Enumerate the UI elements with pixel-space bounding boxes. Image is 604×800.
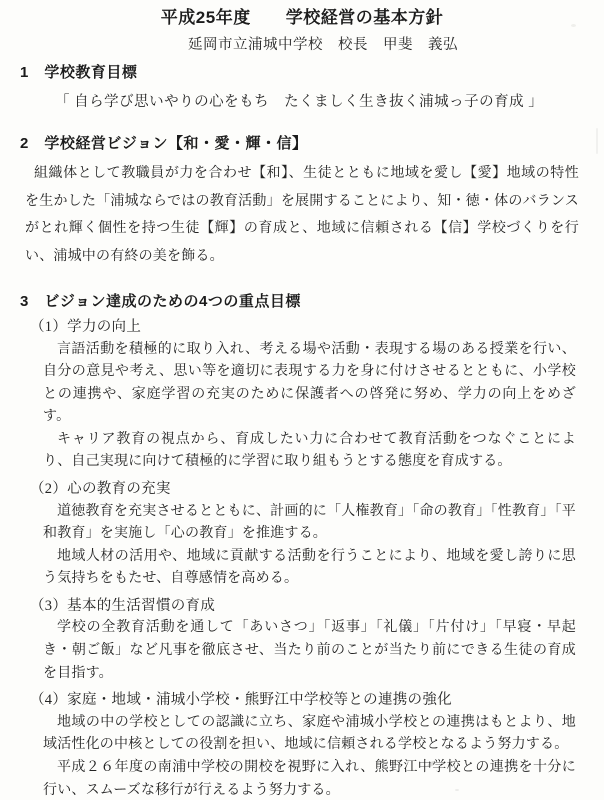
subsection-1-paragraph: キャリア教育の視点から、育成したい力に合わせて教育活動をつなぐことにより、自己実…	[43, 429, 576, 474]
subsection-1-label: （1）学力の向上	[30, 316, 604, 339]
subsection-life-habits: （3）基本的生活習慣の育成 学校の全教育活動を通して「あいさつ」「返事」「礼儀」…	[0, 595, 604, 685]
subsection-1-paragraph: 言語活動を積極的に取り入れ、考える場や活動・表現する場のある授業を行い、自分の意…	[43, 339, 576, 429]
subsection-2-label: （2）心の教育の充実	[30, 478, 604, 501]
subsection-community-cooperation: （4）家庭・地域・浦城小学校・熊野江中学校等との連携の強化 地域の中の学校として…	[0, 689, 604, 800]
document-title: 平成25年度 学校経営の基本方針	[0, 0, 604, 29]
section-school-education-goal: 1 学校教育目標 「 自ら学び思いやりの心をもち たくましく生き抜く浦城っ子の育…	[0, 63, 604, 112]
subsection-academic-improvement: （1）学力の向上 言語活動を積極的に取り入れ、考える場や活動・表現する場のある授…	[0, 316, 604, 474]
subsection-4-label: （4）家庭・地域・浦城小学校・熊野江中学校等との連携の強化	[30, 689, 604, 712]
subsection-2-paragraph: 道徳教育を充実させるとともに、計画的に「人権教育」「命の教育」「性教育」「平和教…	[43, 501, 576, 546]
subsection-2-paragraph: 地域人材の活用や、地域に貢献する活動を行うことにより、地域を愛し誇りに思う気持ち…	[43, 546, 576, 591]
scan-artifact	[596, 128, 598, 154]
subsection-4-paragraph: 地域の中の学校としての認識に立ち、家庭や浦城小学校との連携はもとより、地域活性化…	[43, 712, 576, 757]
section-3-heading: 3 ビジョン達成のための4つの重点目標	[20, 292, 604, 312]
section-priority-goals: 3 ビジョン達成のための4つの重点目標 （1）学力の向上 言語活動を積極的に取り…	[0, 292, 604, 800]
education-goal-quote: 「 自ら学び思いやりの心をもち たくましく生き抜く浦城っ子の育成 」	[55, 92, 604, 112]
subsection-3-label: （3）基本的生活習慣の育成	[30, 595, 604, 618]
section-1-heading: 1 学校教育目標	[20, 63, 604, 83]
subsection-3-paragraph: 学校の全教育活動を通して「あいさつ」「返事」「礼儀」「片付け」「早寝・早起き・朝…	[43, 617, 576, 685]
section-2-heading: 2 学校経営ビジョン【和・愛・輝・信】	[20, 134, 604, 154]
vision-paragraph: 組織体として教職員が力を合わせ【和】、生徒とともに地域を愛し【愛】地域の特性を生…	[25, 160, 579, 270]
subsection-4-paragraph: 平成２６年度の南浦中学校の開校を視野に入れ、熊野江中学校との連携を十分に行い、ス…	[43, 757, 576, 800]
scan-artifact	[455, 789, 459, 791]
section-management-vision: 2 学校経営ビジョン【和・愛・輝・信】 組織体として教職員が力を合わせ【和】、生…	[0, 134, 604, 270]
scan-artifact	[571, 24, 576, 27]
subsection-heart-education: （2）心の教育の充実 道徳教育を充実させるとともに、計画的に「人権教育」「命の教…	[0, 478, 604, 591]
author-line: 延岡市立浦城中学校 校長 甲斐 義弘	[0, 36, 604, 54]
scanned-document-page: 平成25年度 学校経営の基本方針 延岡市立浦城中学校 校長 甲斐 義弘 1 学校…	[0, 0, 604, 800]
